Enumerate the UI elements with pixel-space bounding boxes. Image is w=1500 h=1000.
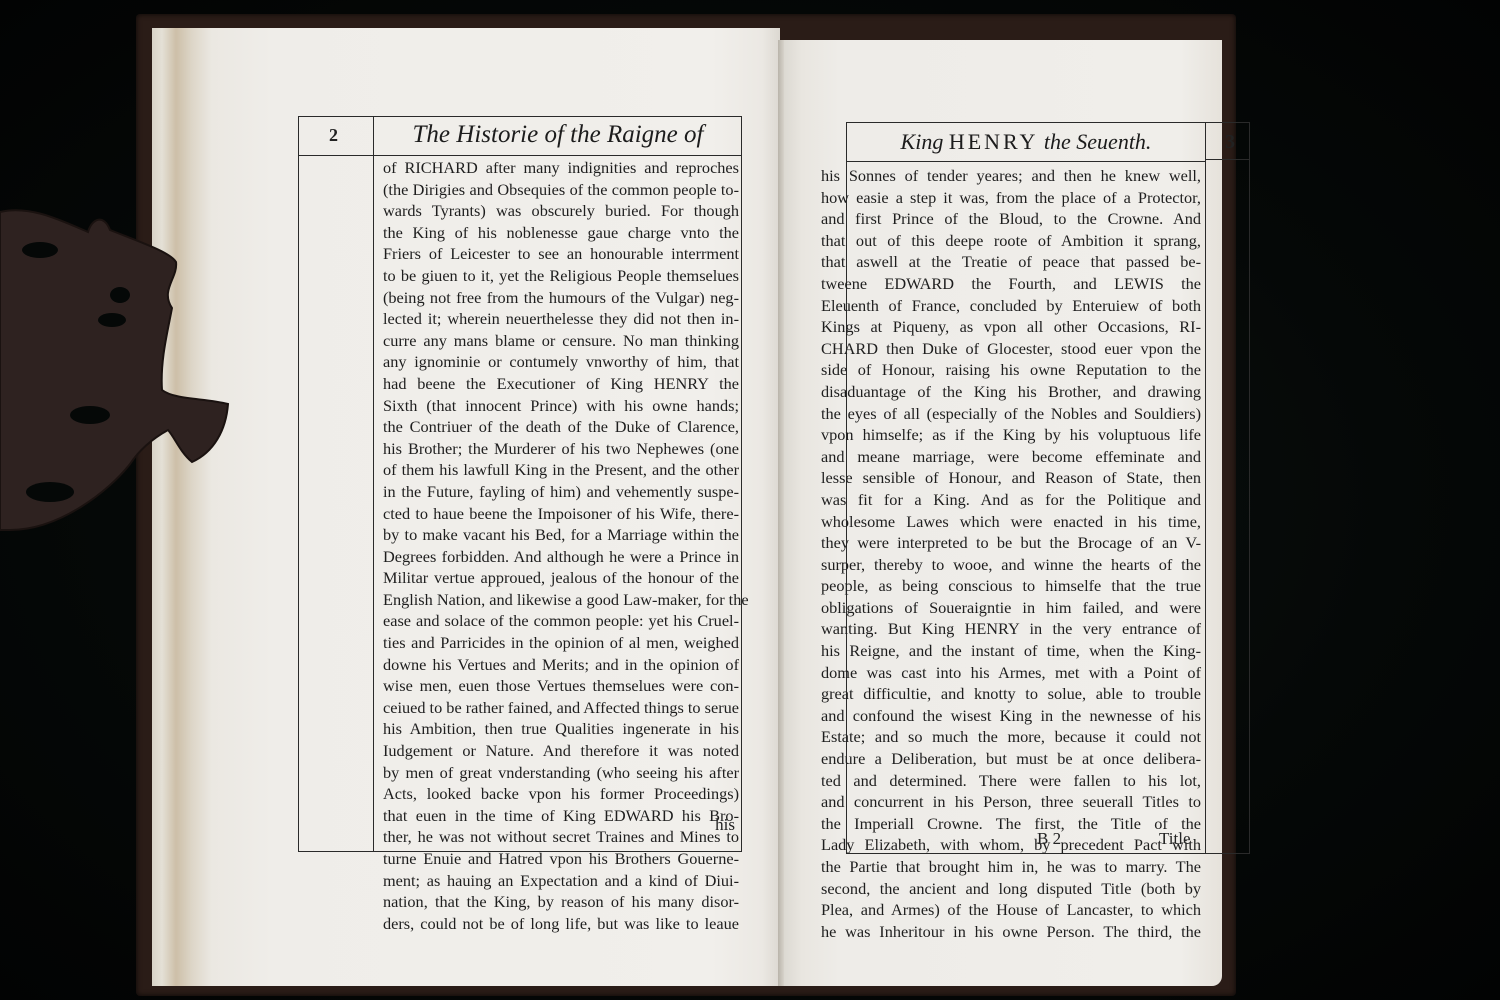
text-line: curre any mans blame or censure. No man … [383,330,739,352]
text-line: ted and determined. There were fallen to… [821,770,1201,792]
right-running-head: King HENRY the Seuenth. [847,129,1205,155]
text-line: by men of great vnderstanding (who seein… [383,762,739,784]
text-line: in the Future, fayling of him) and vehem… [383,481,739,503]
text-line: that euen in the time of King EDWARD his… [383,805,739,827]
text-line: Kings at Piqueny, as vpon all other Occa… [821,316,1201,338]
text-line: Acts, looked backe vpon his former Proce… [383,783,739,805]
text-line: his Reigne, and the instant of time, whe… [821,640,1201,662]
text-line: Lady Elizabeth, with whom, by precedent … [821,834,1201,856]
text-line: wholesome Lawes which were enacted in hi… [821,511,1201,533]
text-line: they were interpreted to be but the Broc… [821,532,1201,554]
text-line: he was Inheritour in his owne Person. Th… [821,921,1201,943]
text-line: Degrees forbidden. And although he were … [383,546,739,568]
text-line: Estate; and so much the more, because it… [821,726,1201,748]
text-line: and first Prince of the Bloud, to the Cr… [821,208,1201,230]
signature-mark: B 2 [1037,829,1061,849]
text-line: people, as being conscious to himselfe t… [821,575,1201,597]
text-line: CHARD then Duke of Glocester, stood euer… [821,338,1201,360]
text-line: nation, that the King, by reason of his … [383,891,739,913]
text-line: that aswell at the Treatie of peace that… [821,251,1201,273]
text-line: (the Dirigies and Obsequies of the commo… [383,179,739,201]
text-line: of them his lawfull King in the Present,… [383,459,739,481]
text-line: wise men, euen those Vertues themselues … [383,675,739,697]
text-line: second, the ancient and long disputed Ti… [821,878,1201,900]
text-line: the Imperiall Crowne. The first, the Tit… [821,813,1201,835]
text-line: wanting. But King HENRY in the very entr… [821,618,1201,640]
book-gutter [778,40,784,986]
text-line: the eyes of all (especially of the Noble… [821,403,1201,425]
text-line: the King of his noblenesse gaue charge v… [383,222,739,244]
text-line: ment; as hauing an Expectation and a kin… [383,870,739,892]
text-line: ther, he was not without secret Traines … [383,826,739,848]
text-line: Militar vertue approued, jealous of the … [383,567,739,589]
text-line: ceiued to be rather fained, and Affected… [383,697,739,719]
text-line: downe his Vertues and Merits; and in the… [383,654,739,676]
text-line: vpon himselfe; as if the King by his vol… [821,424,1201,446]
right-page-number: 3 [1225,131,1235,154]
text-line: Plea, and Armes) of the House of Lancast… [821,899,1201,921]
text-line: Iudgement or Nature. And therefore it wa… [383,740,739,762]
text-line: the Partie that brought him in, he was t… [821,856,1201,878]
text-line: great difficultie, and knotty to solue, … [821,683,1201,705]
right-margin-rule [1205,123,1206,853]
text-line: his Ambition, then true Qualities ingene… [383,718,739,740]
text-line: lesse sensible of Honour, and Reason of … [821,467,1201,489]
left-page-number: 2 [329,125,338,146]
text-line: Sixth (that innocent Prince) with his ow… [383,395,739,417]
text-line: had beene the Executioner of King HENRY … [383,373,739,395]
text-line: of RICHARD after many indignities and re… [383,157,739,179]
text-line: the Contriuer of the death of the Duke o… [383,416,739,438]
text-line: ease and solace of the common people: ye… [383,610,739,632]
text-line: and meane marriage, were become effemina… [821,446,1201,468]
text-line: tweene EDWARD the Fourth, and LEWIS the [821,273,1201,295]
running-head-henry: HENRY [949,129,1039,154]
text-line: and concurrent in his Person, three seue… [821,791,1201,813]
text-line: Friers of Leicester to see an honourable… [383,243,739,265]
left-margin-rule [373,117,374,851]
text-line: English Nation, and likewise a good Law-… [383,589,739,611]
text-line: his Sonnes of tender yeares; and then he… [821,165,1201,187]
text-line: cted to haue beene the Impoisoner of his… [383,503,739,525]
text-line: ders, could not be of long life, but was… [383,913,739,935]
text-line: wards Tyrants) was obscurely buried. For… [383,200,739,222]
left-catchword: his [715,815,735,835]
right-body-text: his Sonnes of tender yeares; and then he… [821,165,1201,942]
text-line: by to make vacant his Bed, for a Marriag… [383,524,739,546]
text-line: obligations of Soueraigntie in him faile… [821,597,1201,619]
text-line: Eleuenth of France, concluded by Enterui… [821,295,1201,317]
text-line: turne Enuie and Hatred vpon his Brothers… [383,848,739,870]
text-line: (being not free from the humours of the … [383,287,739,309]
text-line: any ignominie or contumely vnworthy of h… [383,351,739,373]
text-line: lected it; wherein neuerthelesse they di… [383,308,739,330]
left-body-text: of RICHARD after many indignities and re… [383,157,739,934]
text-line: how easie a step it was, from the place … [821,187,1201,209]
right-catchword: Title [1159,829,1191,849]
left-running-head: The Historie of the Raigne of [375,121,741,149]
text-line: and confound the wisest King in the newn… [821,705,1201,727]
running-head-king: King [901,129,944,154]
text-line: disaduantage of the King his Brother, an… [821,381,1201,403]
metal-clasp-icon [0,190,230,550]
text-line: was fit for a King. And as for the Polit… [821,489,1201,511]
text-line: ties and Parricides in the opinion of al… [383,632,739,654]
text-line: his Brother; the Murderer of his two Nep… [383,438,739,460]
right-page-text-frame: King HENRY the Seuenth. 3 his Sonnes of … [846,122,1250,854]
running-head-seventh: the Seuenth. [1044,129,1152,154]
left-page-text-frame: 2 The Historie of the Raigne of of RICHA… [298,116,742,852]
text-line: dome was cast into his Armes, met with a… [821,662,1201,684]
text-line: endure a Deliberation, but must be at on… [821,748,1201,770]
text-line: side of Honour, raising his owne Reputat… [821,359,1201,381]
text-line: surper, thereby to wooe, and winne the h… [821,554,1201,576]
text-line: that out of this deepe roote of Ambition… [821,230,1201,252]
text-line: to be giuen to it, yet the Religious Peo… [383,265,739,287]
